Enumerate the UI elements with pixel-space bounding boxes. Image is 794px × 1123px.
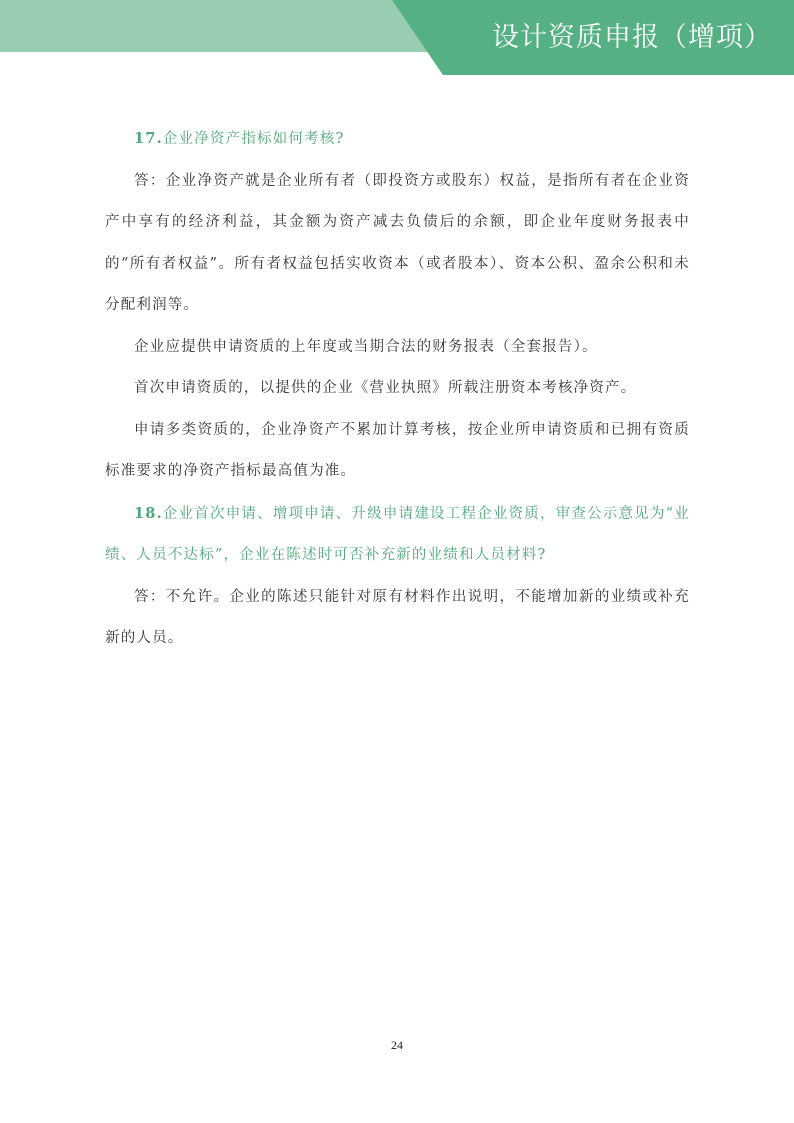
answer-paragraph: 答：不允许。企业的陈述只能针对原有材料作出说明，不能增加新的业绩或补充新的人员。: [105, 577, 690, 660]
header-light-band: [0, 0, 430, 52]
answer-paragraph: 企业应提供申请资质的上年度或当期合法的财务报表（全套报告）。: [105, 327, 690, 369]
answer-paragraph: 首次申请资质的，以提供的企业《营业执照》所载注册资本考核净资产。: [105, 368, 690, 410]
question-text: 企业首次申请、增项申请、升级申请建设工程企业资质，审查公示意见为“业绩、人员不达…: [105, 506, 690, 564]
header-title: 设计资质申报（增项）: [492, 18, 772, 58]
page-number: 24: [0, 1038, 794, 1053]
question-17: 17.企业净资产指标如何考核?: [105, 118, 690, 161]
question-number: 17.: [134, 130, 163, 147]
answer-paragraph: 申请多类资质的，企业净资产不累加计算考核，按企业所申请资质和已拥有资质标准要求的…: [105, 410, 690, 493]
question-number: 18.: [134, 505, 163, 522]
question-text: 企业净资产指标如何考核?: [163, 131, 345, 147]
answer-paragraph: 答：企业净资产就是企业所有者（即投资方或股东）权益，是指所有者在企业资产中享有的…: [105, 161, 690, 327]
document-body: 17.企业净资产指标如何考核? 答：企业净资产就是企业所有者（即投资方或股东）权…: [105, 118, 690, 660]
question-18: 18.企业首次申请、增项申请、升级申请建设工程企业资质，审查公示意见为“业绩、人…: [105, 493, 690, 577]
